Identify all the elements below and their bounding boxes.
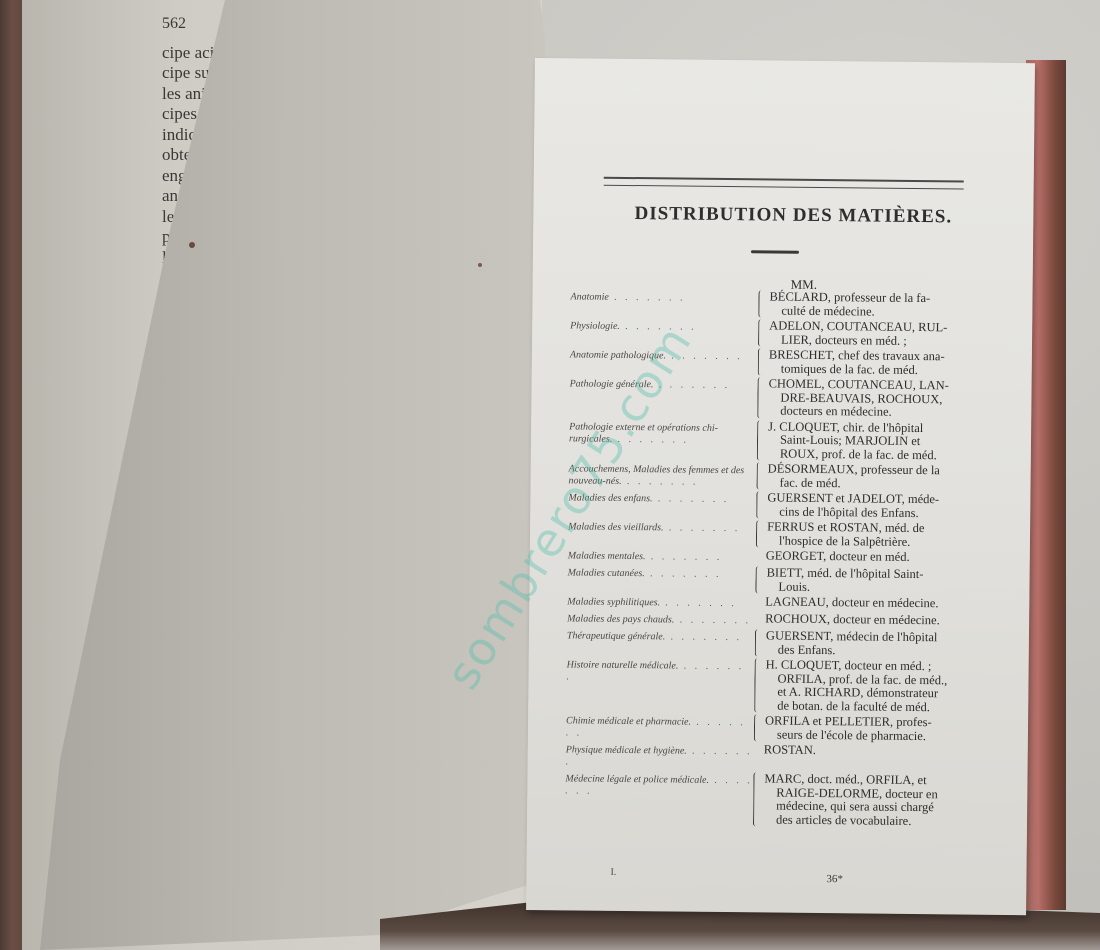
brace-icon — [757, 377, 764, 418]
left-page-text: 562 cipe aciducipe sucréles animacipes q… — [162, 14, 282, 412]
left-page-line: cipe acidu — [162, 43, 282, 64]
table-row: Maladies des vieillards. . . . . . . .FE… — [568, 518, 968, 549]
brace-icon — [756, 462, 763, 489]
ornament-divider — [751, 250, 799, 254]
table-row: Médecine légale et police médicale. . . … — [565, 770, 966, 828]
left-page-line: cipe sucré — [162, 63, 282, 84]
leader-dots: . . . . . . . — [660, 597, 737, 609]
subject-label: Médecine légale et police médicale. . . … — [565, 770, 753, 799]
table-row: Maladies syphilitiques. . . . . . . .LAG… — [567, 593, 967, 612]
left-page-line: • ❦ — [162, 268, 282, 289]
brace-icon — [756, 491, 763, 518]
assigned-authors: ADELON, COUTANCEAU, RUL-LIER, docteurs e… — [769, 319, 970, 348]
brace-icon — [755, 566, 762, 593]
brace-icon — [754, 658, 762, 712]
brace-icon — [757, 420, 764, 461]
table-row: Maladies des enfans. . . . . . . .GUERSE… — [568, 489, 968, 520]
leader-dots: . . . . . . . — [665, 631, 742, 643]
assigned-authors: GUERSENT et JADELOT, méde-cins de l'hôpi… — [767, 491, 968, 520]
left-page-line: me — [162, 309, 282, 330]
page-title: DISTRIBUTION DES MATIÈRES. — [613, 203, 973, 229]
left-page-line: ( — [162, 391, 282, 412]
signature-mark: I. — [610, 867, 616, 878]
folio-number: 36* — [826, 873, 843, 885]
table-row: Accouchemens, Maladies des femmes et des… — [569, 460, 969, 491]
leader-dots: . . . . . . . — [645, 551, 722, 563]
left-page-line: c — [162, 371, 282, 392]
brace-icon — [758, 348, 765, 375]
subject-label: Maladies cutanées. . . . . . . . — [568, 564, 756, 581]
table-row: Histoire naturelle médicale. . . . . . .… — [566, 656, 967, 714]
table-row: Chimie médicale et pharmacie. . . . . . … — [566, 712, 966, 743]
assigned-authors: GUERSENT, médecin de l'hôpitaldes Enfans… — [766, 629, 967, 658]
subject-label: Maladies syphilitiques. . . . . . . . — [567, 593, 755, 610]
brace-icon — [758, 290, 765, 317]
subject-label: Histoire naturelle médicale. . . . . . .… — [566, 656, 754, 685]
left-page-line: les anima — [162, 84, 282, 105]
assigned-authors: BIETT, méd. de l'hôpital Saint-Louis. — [766, 566, 967, 595]
assigned-authors: FERRUS et ROSTAN, méd. del'hospice de la… — [767, 520, 968, 549]
subject-label: Physique médicale et hygiène. . . . . . … — [566, 741, 754, 770]
brace-icon — [758, 319, 765, 346]
assigned-authors: MARC, doct. méd., ORFILA, etRAIGE-DELORM… — [764, 772, 966, 828]
left-page-line: de — [162, 330, 282, 351]
left-page-line: ca — [162, 350, 282, 371]
left-page-number: 562 — [162, 14, 282, 35]
assigned-authors: LAGNEAU, docteur en médecine. — [765, 595, 967, 611]
brace-icon — [755, 629, 762, 656]
brace-icon — [753, 772, 761, 826]
assigned-authors: ROCHOUX, docteur en médecine. — [765, 612, 967, 628]
table-row: Maladies cutanées. . . . . . . .BIETT, m… — [567, 564, 967, 595]
left-page-line: indiquen — [162, 125, 282, 146]
table-row: Thérapeutique générale. . . . . . . .GUE… — [567, 627, 967, 658]
assigned-authors: GEORGET, docteur en méd. — [766, 549, 968, 565]
brace-icon — [754, 714, 761, 741]
left-page-line: prédo — [162, 227, 282, 248]
left-page-line: animal — [162, 186, 282, 207]
brace-icon — [756, 520, 763, 547]
subject-label: Thérapeutique générale. . . . . . . . — [567, 627, 755, 644]
assigned-authors: BÉCLARD, professeur de la fa-culté de mé… — [769, 290, 970, 319]
subject-label: Anatomie . . . . . . . — [570, 288, 758, 305]
table-row: Maladies des pays chauds. . . . . . . .R… — [567, 610, 967, 629]
assigned-authors: ORFILA et PELLETIER, profes-seurs de l'é… — [765, 714, 966, 743]
left-page-line: engage — [162, 166, 282, 187]
assigned-authors: J. CLOQUET, chir. de l'hôpitalSaint-Loui… — [768, 420, 969, 463]
left-page-line: obtenir — [162, 145, 282, 166]
assigned-authors: H. CLOQUET, docteur en méd. ;ORFILA, pro… — [765, 658, 967, 714]
left-page: 562 cipe aciducipe sucréles animacipes q… — [22, 0, 542, 950]
subject-label: Maladies des pays chauds. . . . . . . . — [567, 610, 755, 627]
leader-dots: . . . . . . . — [652, 493, 729, 505]
leader-dots: . . . . . . . — [674, 614, 751, 626]
table-row: Maladies mentales. . . . . . . .GEORGET,… — [568, 547, 968, 566]
double-rule-divider — [604, 177, 964, 190]
table-row: Physique médicale et hygiène. . . . . . … — [566, 741, 966, 772]
assigned-authors: ROSTAN. — [764, 743, 966, 759]
subject-label: Maladies des vieillards. . . . . . . . — [568, 518, 756, 535]
table-row: Anatomie . . . . . . .BÉCLARD, professeu… — [570, 288, 970, 319]
left-page-line: les di — [162, 248, 282, 269]
leader-dots: . . . . . . . — [609, 292, 686, 304]
leader-dots: . . . . . . . — [663, 522, 740, 534]
left-page-line: le déla — [162, 207, 282, 228]
subject-label: Maladies mentales. . . . . . . . — [568, 547, 756, 564]
leader-dots: . . . . . . . — [622, 476, 699, 488]
assigned-authors: CHOMEL, COUTANCEAU, LAN-DRE-BEAUVAIS, RO… — [768, 377, 969, 420]
left-page-line: dans — [162, 289, 282, 310]
assigned-authors: DÉSORMEAUX, professeur de lafac. de méd. — [767, 462, 968, 491]
table-row: Physiologie. . . . . . . .ADELON, COUTAN… — [570, 317, 970, 348]
assigned-authors: BRESCHET, chef des travaux ana-tomiques … — [769, 348, 970, 377]
leader-dots: . . . . . . . — [645, 568, 722, 580]
subject-label: Chimie médicale et pharmacie. . . . . . … — [566, 712, 754, 741]
left-page-line: cipes qui — [162, 104, 282, 125]
